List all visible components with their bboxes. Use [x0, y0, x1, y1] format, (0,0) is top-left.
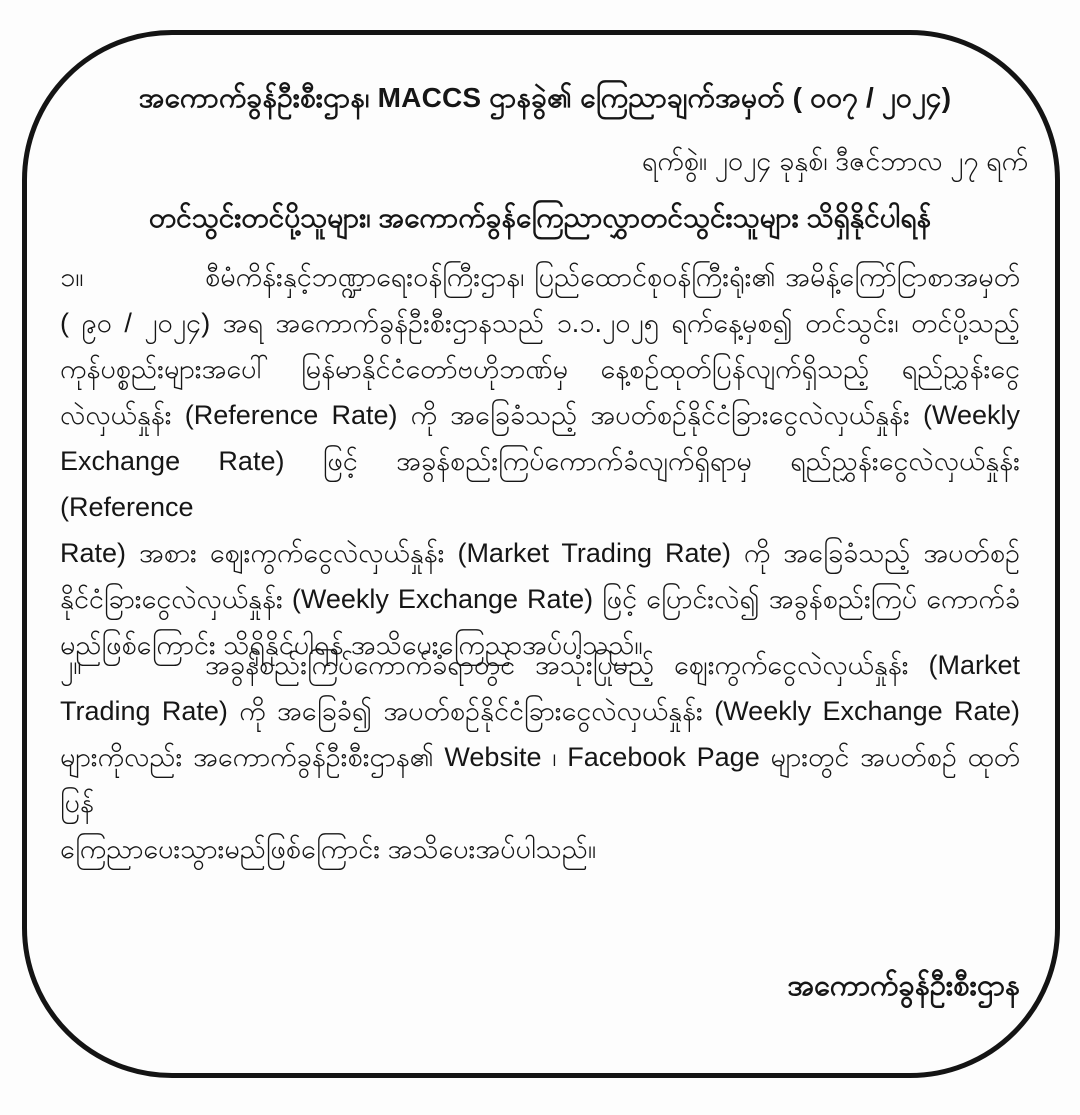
paragraph-line: များကိုလည်း အကောက်ခွန်ဦးစီးဌာန၏ Website …: [60, 734, 1020, 826]
paragraph-line-text: စီမံကိန်းနှင့်ဘဏ္ဍာရေးဝန်ကြီးဌာန၊ ပြည်ထေ…: [205, 254, 1020, 300]
paragraph-line: နိုင်ငံခြားငွေလဲလှယ်နှုန်း (Weekly Excha…: [60, 576, 1020, 622]
paragraph-2: ၂။ အခွန်စည်းကြပ်ကောက်ခံရာတွင် အသုံးပြုမည…: [60, 642, 1020, 872]
document-subject: တင်သွင်းတင်ပို့သူများ၊ အကောက်ခွန်ကြေညာလွ…: [40, 196, 1040, 240]
document-title: အကောက်ခွန်ဦးစီးဌာန၊ MACCS ဌာနခွဲ၏ ကြေညာခ…: [70, 76, 1020, 120]
signature: အကောက်ခွန်ဦးစီးဌာန: [60, 964, 1020, 1008]
paragraph-line: လဲလှယ်နှုန်း (Reference Rate) ကို အခြေခံ…: [60, 392, 1020, 438]
paragraph-line-text: အခွန်စည်းကြပ်ကောက်ခံရာတွင် အသုံးပြုမည့် …: [205, 642, 1020, 688]
paragraph-line: ( ၉၀ / ၂၀၂၄) အရ အကောက်ခွန်ဦးစီးဌာနသည် ၁.…: [60, 300, 1020, 346]
paragraph-line: ၁။ စီမံကိန်းနှင့်ဘဏ္ဍာရေးဝန်ကြီးဌာန၊ ပြည…: [60, 254, 1020, 300]
paragraph-line: ၂။ အခွန်စည်းကြပ်ကောက်ခံရာတွင် အသုံးပြုမည…: [60, 642, 1020, 688]
announcement-page: အကောက်ခွန်ဦးစီးဌာန၊ MACCS ဌာနခွဲ၏ ကြေညာခ…: [0, 0, 1080, 1115]
paragraph-line: ကုန်ပစ္စည်းများအပေါ် မြန်မာနိုင်ငံတော်ဗဟ…: [60, 346, 1020, 392]
paragraph-line: ကြေညာပေးသွားမည်ဖြစ်ကြောင်း အသိပေးအပ်ပါသည…: [60, 826, 1020, 872]
paragraph-line: Exchange Rate) ဖြင့် အခွန်စည်းကြပ်ကောက်ခ…: [60, 438, 1020, 530]
document-date: ရက်စွဲ။ ၂၀၂၄ ခုနှစ်၊ ဒီဇင်ဘာလ ၂၇ ရက်: [60, 140, 1028, 182]
paragraph-line: Trading Rate) ကို အခြေခံ၍ အပတ်စဉ်နိုင်ငံ…: [60, 688, 1020, 734]
paragraph-2-number: ၂။: [60, 642, 205, 688]
paragraph-1-number: ၁။: [60, 254, 205, 300]
paragraph-line: Rate) အစား ဈေးကွက်ငွေလဲလှယ်နှုန်း (Marke…: [60, 530, 1020, 576]
paragraph-1: ၁။ စီမံကိန်းနှင့်ဘဏ္ဍာရေးဝန်ကြီးဌာန၊ ပြည…: [60, 254, 1020, 668]
